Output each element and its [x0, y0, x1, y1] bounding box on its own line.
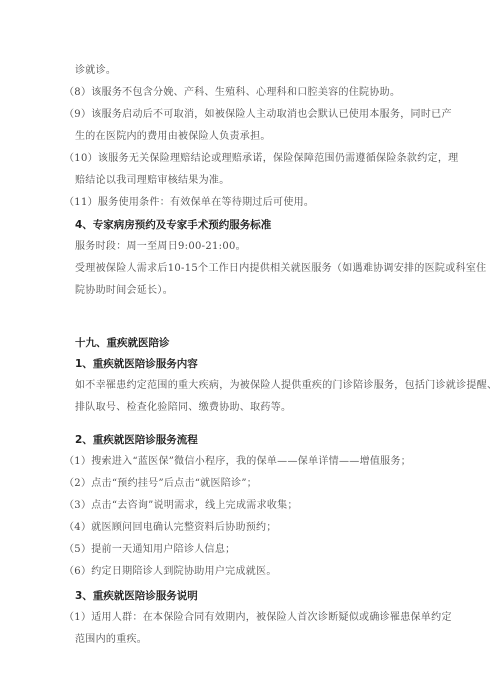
text-line: （5）提前一天通知用户陪诊人信息；: [64, 543, 235, 557]
document-page: 诊就诊。 （8）该服务不包含分娩、产科、生殖科、心理科和口腔美容的住院协助。 （…: [0, 0, 495, 700]
text-line: 服务时段：周一至周日9:00-21:00。: [75, 240, 246, 254]
text-line: 院协助时间会延长）。: [75, 284, 173, 298]
text-line: （2）点击“预约挂号”后点击“就医陪诊”；: [64, 477, 257, 491]
section-heading: 3、重疾就医陪诊服务说明: [75, 589, 198, 603]
text-line: 范围内的重疾。: [75, 633, 147, 647]
chapter-title: 十九、重疾就医陪诊: [75, 336, 170, 350]
text-line: （4）就医顾问回电确认完整资料后协助预约；: [64, 521, 277, 535]
text-line: 受理被保险人需求后10-15个工作日内提供相关就医服务（如遇难协调安排的医院或科…: [75, 262, 486, 276]
text-line: 排队取号、检查化验陪同、缴费协助、取药等。: [75, 401, 291, 415]
text-line: （9）该服务启动后不可取消，如被保险人主动取消也会默认已使用本服务，同时已产: [64, 108, 452, 122]
section-heading: 4、专家病房预约及专家手术预约服务标准: [75, 218, 271, 232]
text-line: 生的在医院内的费用由被保险人负责承担。: [75, 130, 271, 144]
text-line: （10）该服务无关保险理赔结论或理赔承诺，保险保障范围仍需遵循保险条款约定，理: [64, 152, 458, 166]
text-line: 如不幸罹患约定范围的重大疾病，为被保险人提供重疾的门诊陪诊服务，包括门诊就诊提醒…: [75, 379, 495, 393]
text-line: （11）服务使用条件：有效保单在等待期过后可使用。: [64, 196, 314, 210]
text-line: 赔结论以我司理赔审核结果为准。: [75, 174, 230, 188]
text-line: 诊就诊。: [75, 64, 116, 78]
text-line: （3）点击“去咨询”说明需求，线上完成需求收集；: [64, 499, 298, 513]
text-line: （1）适用人群：在本保险合同有效期内，被保险人首次诊断疑似或确诊罹患保单约定: [64, 611, 452, 625]
text-line: （8）该服务不包含分娩、产科、生殖科、心理科和口腔美容的住院协助。: [64, 86, 400, 100]
text-line: （6）约定日期陪诊人到院协助用户完成就医。: [64, 565, 277, 579]
section-heading: 2、重疾就医陪诊服务流程: [75, 433, 198, 447]
text-line: （1）搜索进入“蓝医保”微信小程序，我的保单——保单详情——增值服务；: [64, 455, 411, 469]
section-heading: 1、重疾就医陪诊服务内容: [75, 357, 198, 371]
